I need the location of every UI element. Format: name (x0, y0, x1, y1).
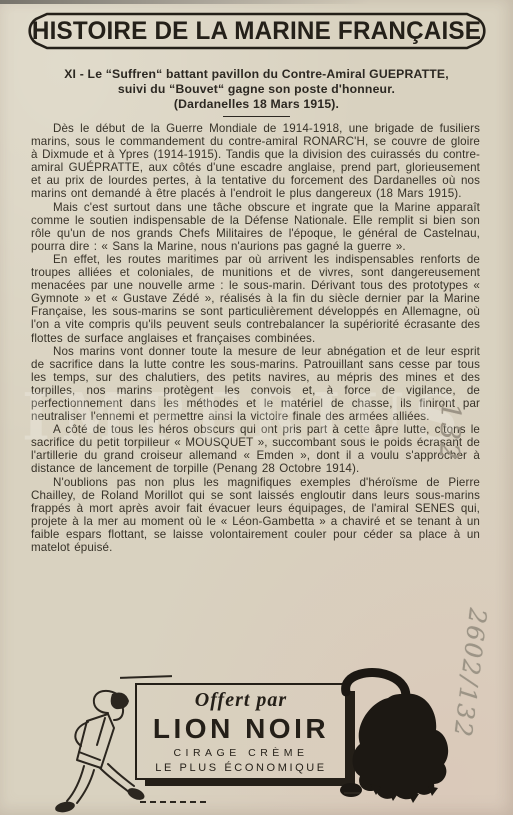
handwritten-number: 132 (433, 402, 466, 464)
ad-subline-2: LE PLUS ÉCONOMIQUE (155, 762, 327, 774)
motion-dash (140, 801, 206, 803)
man-illustration (50, 688, 164, 815)
ad-box: Offert par LION NOIR CIRAGE CRÈME LE PLU… (135, 683, 347, 780)
ad-subline-1: CIRAGE CRÈME (173, 747, 308, 759)
scan-edge (0, 0, 513, 4)
title-line-1: XI - Le “Suffren“ battant pavillon du Co… (31, 67, 482, 82)
body-paragraph: Mais c'est surtout dans une tâche obscur… (31, 201, 480, 253)
body-paragraph: A côté de tous les héros obscurs qui ont… (31, 423, 480, 475)
lion-noir-mascot (338, 666, 468, 812)
header-title: HISTOIRE DE LA MARINE FRANÇAISE (33, 9, 480, 53)
article-body: Dès le début de la Guerre Mondiale de 19… (31, 122, 480, 690)
title-line-3: (Dardanelles 18 Mars 1915). (31, 97, 482, 112)
body-paragraph: N'oublions pas non plus les magnifiques … (31, 476, 480, 555)
postcard: HISTOIRE DE LA MARINE FRANÇAISE XI - Le … (0, 0, 513, 815)
motion-dash (344, 792, 360, 794)
body-paragraph: Dès le début de la Guerre Mondiale de 19… (31, 122, 480, 201)
body-paragraph: Nos marins vont donner toute la mesure d… (31, 345, 480, 424)
brand-name: LION NOIR (153, 713, 329, 745)
title-line-2: suivi du “Bouvet“ gagne son poste d'honn… (31, 82, 482, 97)
header-cartouche: HISTOIRE DE LA MARINE FRANÇAISE (26, 9, 487, 53)
section-title: XI - Le “Suffren“ battant pavillon du Co… (31, 67, 482, 112)
offert-par-label: Offert par (195, 689, 287, 712)
body-paragraph: En effet, les routes maritimes par où ar… (31, 253, 480, 345)
title-underline (223, 116, 290, 117)
